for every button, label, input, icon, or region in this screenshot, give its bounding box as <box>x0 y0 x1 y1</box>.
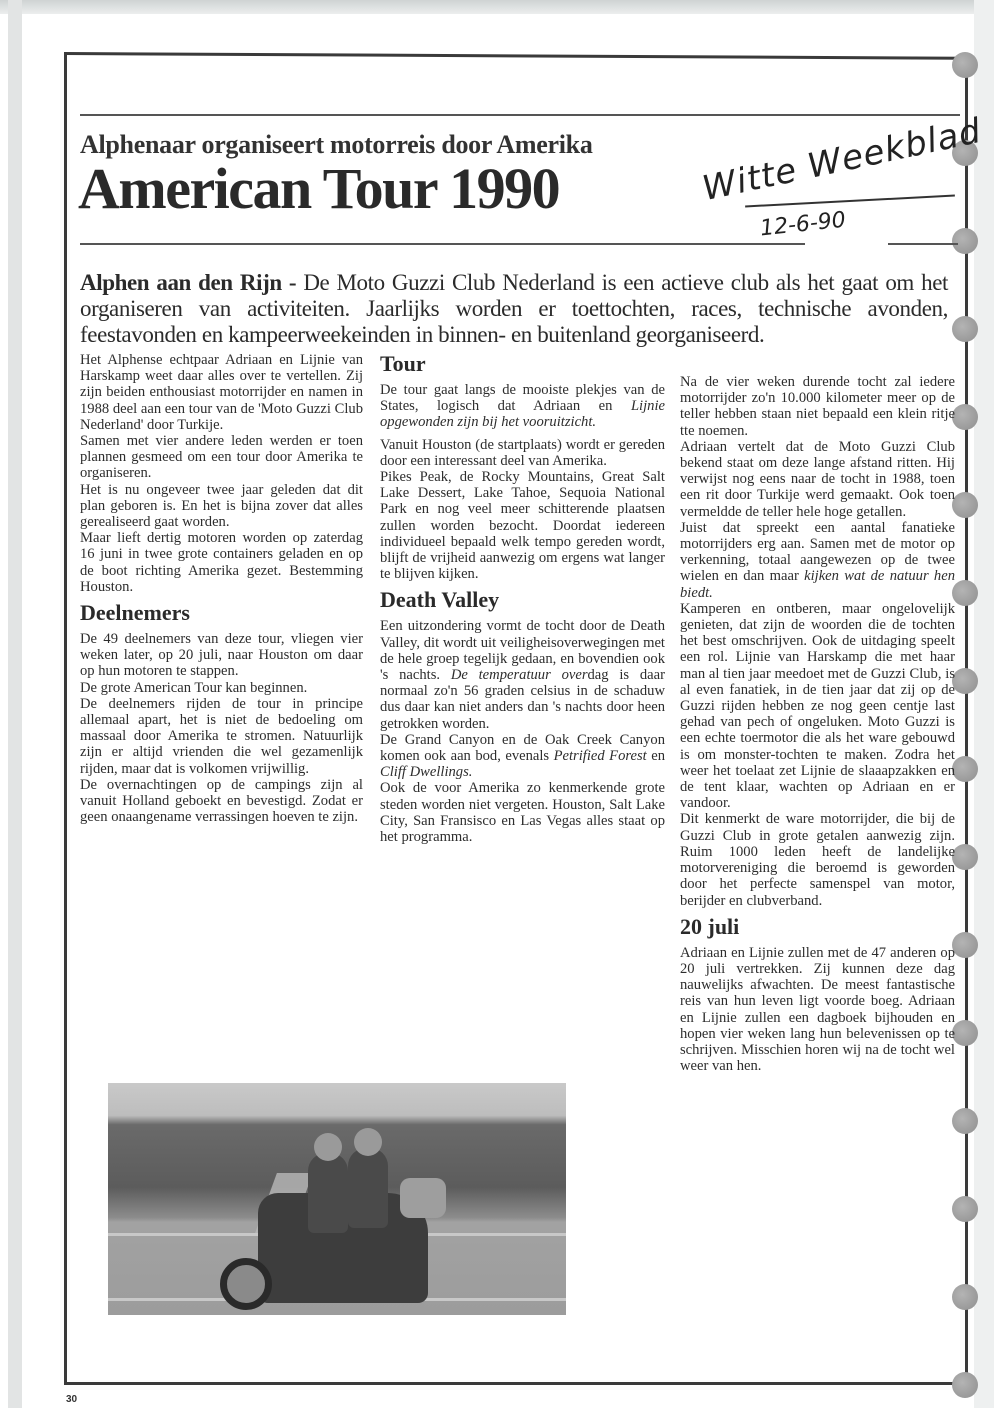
luggage <box>400 1178 446 1218</box>
paragraph: De overnachtingen op de campings zijn al… <box>80 777 363 826</box>
paragraph: De grote American Tour kan beginnen. <box>80 680 363 696</box>
paragraph: Maar lieft dertig motoren worden op zate… <box>80 530 363 595</box>
lead-paragraph: Alphen aan den Rijn - De Moto Guzzi Club… <box>80 270 948 348</box>
binder-hole <box>952 492 978 518</box>
motorcycle-photo <box>108 1083 566 1315</box>
binder-hole <box>952 756 978 782</box>
paragraph: Juist dat spreekt een aantal fanatieke m… <box>680 520 955 601</box>
page-frame-left <box>64 52 67 1382</box>
column-1: Het Alphense echtpaar Adriaan en Lijnie … <box>80 352 363 825</box>
rider-back <box>348 1148 388 1228</box>
page-frame-bottom <box>64 1382 964 1385</box>
paragraph: Adriaan vertelt dat de Moto Guzzi Club b… <box>680 439 955 520</box>
header-rule <box>80 114 960 116</box>
handwritten-date: 12-6-90 <box>759 208 847 242</box>
paragraph: De deelnemers rijden de tour in principe… <box>80 696 363 777</box>
binder-hole <box>952 844 978 870</box>
paragraph: Ook de voor Amerika zo kenmerkende grote… <box>380 780 665 845</box>
paragraph: De tour gaat langs de mooiste plekjes va… <box>380 382 665 431</box>
binder-hole <box>952 404 978 430</box>
scan-edge-top <box>0 0 994 14</box>
scan-edge-right <box>974 0 994 1408</box>
italic-run: Petrified Forest <box>554 748 647 764</box>
binder-hole <box>952 580 978 606</box>
paragraph: Het Alphense echtpaar Adriaan en Lijnie … <box>80 352 363 433</box>
text-run: en <box>647 748 665 764</box>
column-2: Tour De tour gaat langs de mooiste plekj… <box>380 352 665 845</box>
subheading-tour: Tour <box>380 352 665 376</box>
binder-hole <box>952 1372 978 1398</box>
paragraph: Na de vier weken durende tocht zal ieder… <box>680 374 955 439</box>
paragraph: Pikes Peak, de Rocky Mountains, Great Sa… <box>380 469 665 582</box>
page-frame-top <box>64 52 964 60</box>
binder-hole <box>952 316 978 342</box>
article-headline: American Tour 1990 <box>78 160 559 218</box>
paragraph: Samen met vier andere leden werden er to… <box>80 433 363 482</box>
page-number: 30 <box>66 1394 77 1405</box>
binder-hole <box>952 932 978 958</box>
helmet-back <box>354 1128 382 1156</box>
italic-run: De temperatuur over <box>451 667 588 683</box>
text-run: De tour gaat langs de mooiste plekjes va… <box>380 382 665 414</box>
binder-hole <box>952 1284 978 1310</box>
front-wheel <box>220 1258 272 1310</box>
paragraph: Vanuit Houston (de startplaats) wordt er… <box>380 437 665 469</box>
rider-front <box>308 1153 348 1233</box>
subheading-20-juli: 20 juli <box>680 915 955 939</box>
paragraph: Een uitzondering vormt de tocht door de … <box>380 618 665 731</box>
paragraph: De 49 deelnemers van deze tour, vliegen … <box>80 631 363 680</box>
handwritten-underline <box>745 195 955 208</box>
paragraph: De Grand Canyon en de Oak Creek Canyon k… <box>380 732 665 781</box>
binder-hole <box>952 1020 978 1046</box>
binder-hole <box>952 1108 978 1134</box>
title-rule-end <box>888 243 958 245</box>
binder-hole <box>952 668 978 694</box>
paragraph: Dit kenmerkt de ware motorrijder, die bi… <box>680 811 955 908</box>
column-3: Na de vier weken durende tocht zal ieder… <box>680 374 955 1074</box>
title-rule <box>80 243 805 245</box>
paragraph: Kamperen en ontberen, maar ongelovelijk … <box>680 601 955 812</box>
italic-run: Cliff Dwellings. <box>380 764 472 780</box>
binder-hole <box>952 52 978 78</box>
paragraph: Adriaan en Lijnie zullen met de 47 ander… <box>680 945 955 1075</box>
binder-hole <box>952 228 978 254</box>
page-frame-right <box>965 60 968 1385</box>
paragraph: Het is nu ongeveer twee jaar geleden dat… <box>80 482 363 531</box>
dateline: Alphen aan den Rijn - <box>80 270 303 295</box>
subheading-death-valley: Death Valley <box>380 588 665 612</box>
subheading-deelnemers: Deelnemers <box>80 601 363 625</box>
binder-hole <box>952 1196 978 1222</box>
scan-edge-left <box>8 0 22 1408</box>
helmet-front <box>314 1133 342 1161</box>
